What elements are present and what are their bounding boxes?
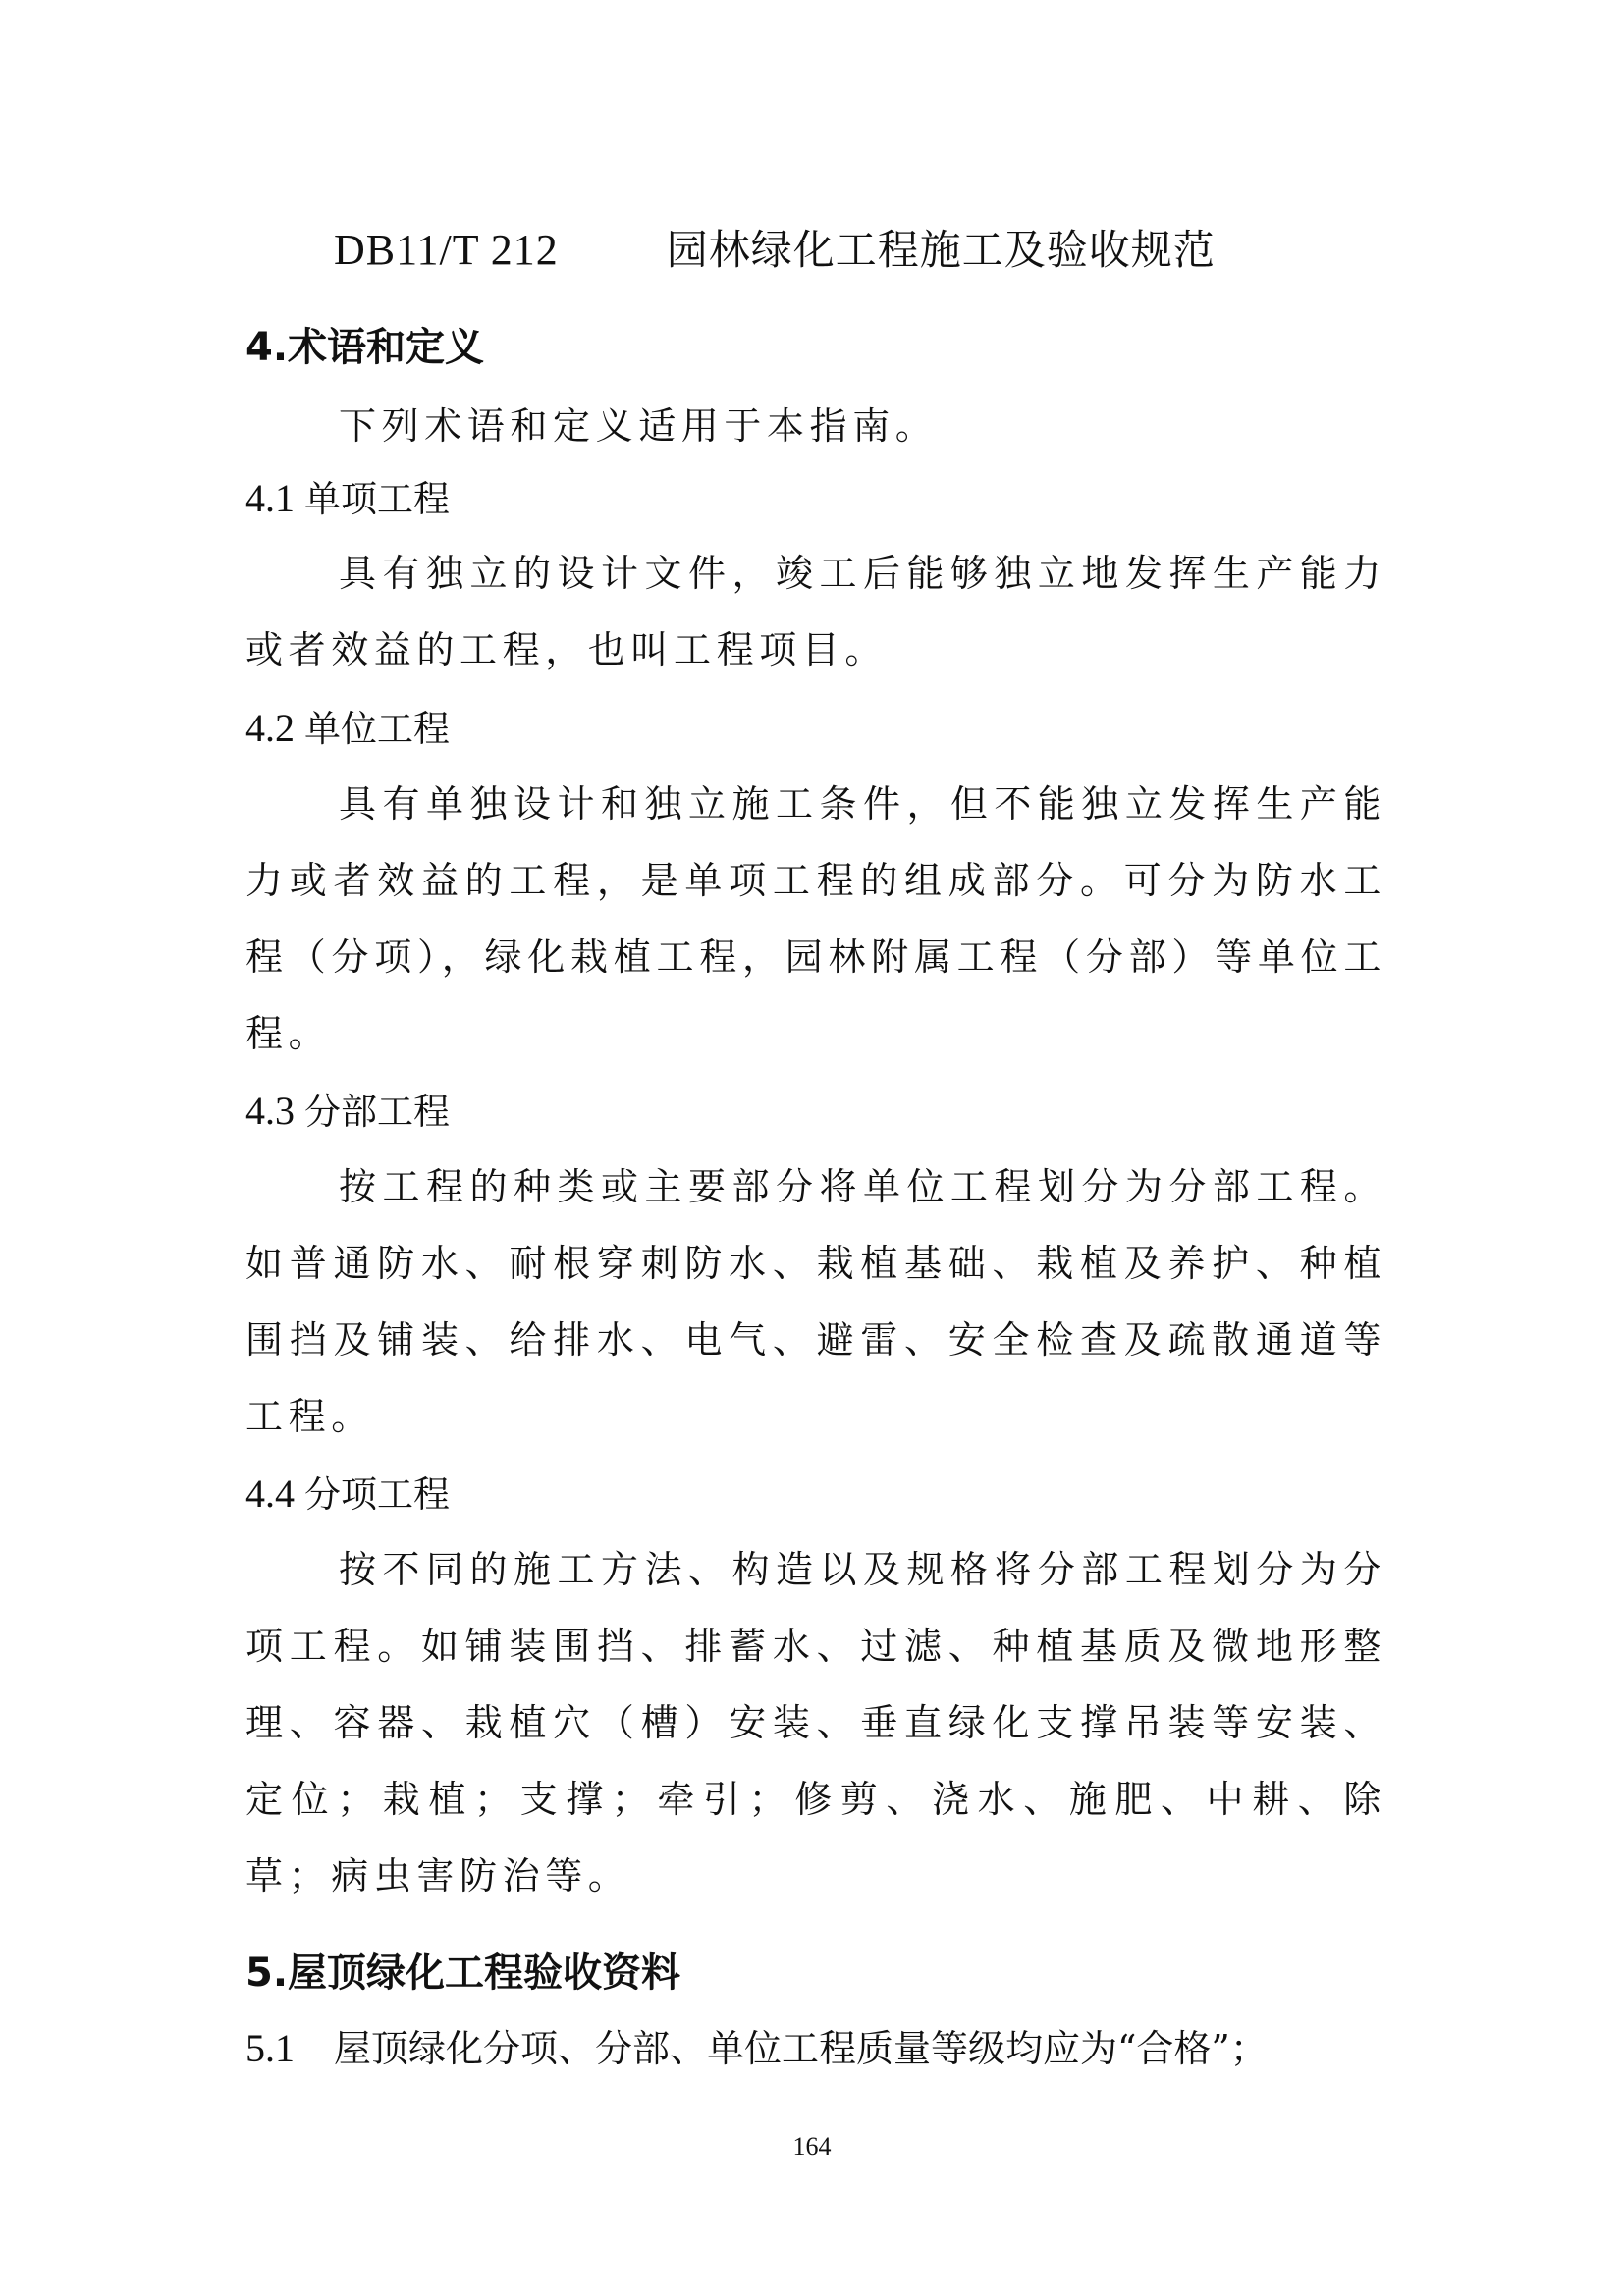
subsection-4-1-text: 具有独立的设计文件，竣工后能够独立地发挥生产能力或者效益的工程，也叫工程项目。 <box>245 535 1386 688</box>
document-page: DB11/T 212园林绿化工程施工及验收规范 4.术语和定义 下列术语和定义适… <box>0 0 1624 2296</box>
subsection-4-4-text: 按不同的施工方法、构造以及规格将分部工程划分为分项工程。如铺装围挡、排蓄水、过滤… <box>245 1531 1386 1914</box>
subsection-title: 单项工程 <box>304 478 450 520</box>
section-heading-4: 4.术语和定义 <box>245 316 484 372</box>
subsection-number: 4.1 <box>245 476 295 520</box>
item-text: 屋顶绿化分项、分部、单位工程质量等级均应为“合格”； <box>334 2027 1268 2070</box>
subsection-title: 单位工程 <box>304 708 450 750</box>
subsection-heading-4-1: 4.1单项工程 <box>245 469 450 522</box>
subsection-4-2-text: 具有单独设计和独立施工条件，但不能独立发挥生产能力或者效益的工程，是单项工程的组… <box>245 766 1386 1072</box>
standard-code: DB11/T 212 <box>334 226 559 274</box>
subsection-heading-4-2: 4.2单位工程 <box>245 699 450 752</box>
subsection-number: 4.3 <box>245 1089 295 1133</box>
subsection-4-3-text: 按工程的种类或主要部分将单位工程划分为分部工程。如普通防水、耐根穿刺防水、栽植基… <box>245 1148 1386 1455</box>
document-title: DB11/T 212园林绿化工程施工及验收规范 <box>334 218 1216 277</box>
section-heading-5: 5.屋顶绿化工程验收资料 <box>245 1942 680 1998</box>
subsection-title: 分部工程 <box>304 1091 450 1133</box>
subsection-number: 4.2 <box>245 706 295 750</box>
subsection-number: 4.4 <box>245 1471 295 1516</box>
item-number: 5.1 <box>245 2026 295 2070</box>
section-4-intro: 下列术语和定义适用于本指南。 <box>245 388 1386 464</box>
item-5-1: 5.1屋顶绿化分项、分部、单位工程质量等级均应为“合格”； <box>245 2018 1268 2072</box>
subsection-heading-4-4: 4.4分项工程 <box>245 1465 450 1518</box>
subsection-heading-4-3: 4.3分部工程 <box>245 1082 450 1135</box>
page-number: 164 <box>0 2132 1624 2162</box>
standard-name: 园林绿化工程施工及验收规范 <box>667 226 1216 274</box>
subsection-title: 分项工程 <box>304 1473 450 1516</box>
